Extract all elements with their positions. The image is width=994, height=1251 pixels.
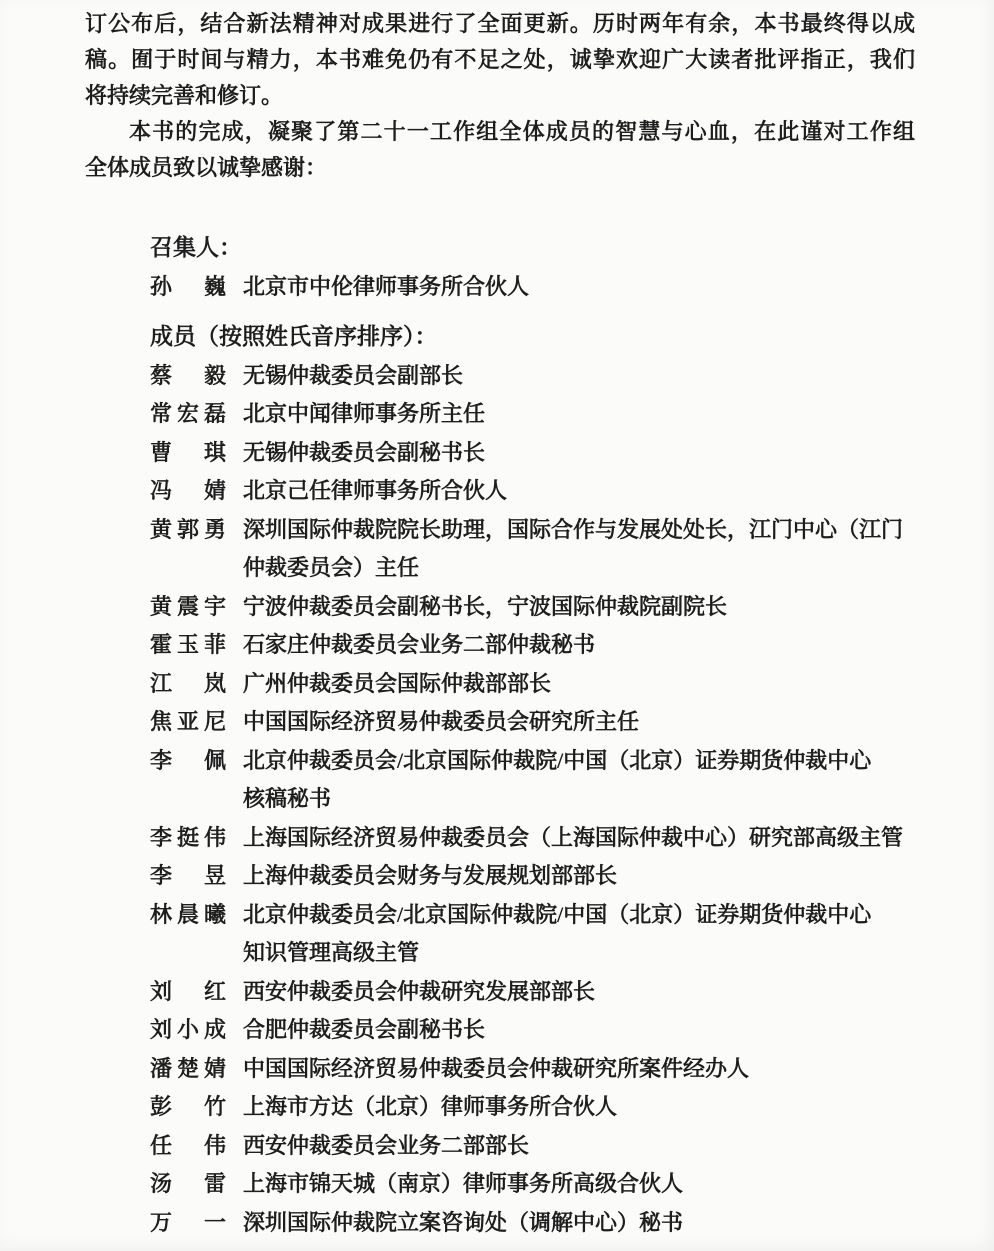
member-name: 李佩 [150, 742, 226, 781]
member-title: 上海市方达（北京）律师事务所合伙人 [243, 1088, 617, 1127]
member-name: 刘红 [150, 973, 226, 1012]
member-row: 潘楚婧中国国际经济贸易仲裁委员会仲裁研究所案件经办人 [150, 1050, 910, 1089]
member-row: 蔡毅无锡仲裁委员会副部长 [150, 357, 910, 396]
members-heading-note: （按照姓氏音序排序）： [196, 324, 438, 349]
convener-heading: 召集人： [150, 229, 910, 268]
member-title: 深圳国际仲裁院院长助理，国际合作与发展处处长，江门中心（江门 仲裁委员会）主任 [243, 511, 903, 588]
member-name: 林晨曦 [150, 896, 226, 935]
member-title: 宁波仲裁委员会副秘书长，宁波国际仲裁院副院长 [243, 588, 727, 627]
member-name: 汤雷 [150, 1165, 226, 1204]
book-page: 订公布后，结合新法精神对成果进行了全面更新。历时两年有余，本书最终得以成稿。囿于… [0, 0, 994, 1242]
member-title: 北京仲裁委员会/北京国际仲裁院/中国（北京）证券期货仲裁中心 知识管理高级主管 [243, 896, 871, 973]
member-row: 孙巍北京市中伦律师事务所合伙人 [150, 268, 910, 307]
member-name: 黄震宇 [150, 588, 226, 627]
member-row: 李昱上海仲裁委员会财务与发展规划部部长 [150, 857, 910, 896]
member-row: 刘小成合肥仲裁委员会副秘书长 [150, 1011, 910, 1050]
member-title: 上海仲裁委员会财务与发展规划部部长 [243, 857, 617, 896]
paragraph-line: 本书的完成，凝聚了第二十一工作组全体成员的智慧与心血，在此谨对工作组 [85, 114, 915, 150]
member-name: 焦亚尼 [150, 703, 226, 742]
member-title: 西安仲裁委员会仲裁研究发展部部长 [243, 973, 595, 1012]
member-row: 曹琪无锡仲裁委员会副秘书长 [150, 434, 910, 473]
member-row: 黄郭勇深圳国际仲裁院院长助理，国际合作与发展处处长，江门中心（江门 仲裁委员会）… [150, 511, 910, 588]
member-name: 刘小成 [150, 1011, 226, 1050]
member-title: 无锡仲裁委员会副秘书长 [243, 434, 485, 473]
member-row: 李挺伟上海国际经济贸易仲裁委员会（上海国际仲裁中心）研究部高级主管 [150, 819, 910, 858]
member-title: 北京己任律师事务所合伙人 [243, 472, 507, 511]
members-heading-label: 成员 [150, 324, 196, 349]
convener-list: 孙巍北京市中伦律师事务所合伙人 [150, 268, 910, 307]
paragraph-line: 全体成员致以诚挚感谢： [85, 150, 915, 186]
member-title: 北京中闻律师事务所主任 [243, 395, 485, 434]
paragraph-line: 将持续完善和修订。 [85, 78, 915, 114]
member-row: 冯婧北京己任律师事务所合伙人 [150, 472, 910, 511]
member-name: 万一 [150, 1204, 226, 1243]
member-row: 黄震宇宁波仲裁委员会副秘书长，宁波国际仲裁院副院长 [150, 588, 910, 627]
member-row: 李佩北京仲裁委员会/北京国际仲裁院/中国（北京）证券期货仲裁中心 核稿秘书 [150, 742, 910, 819]
member-name: 冯婧 [150, 472, 226, 511]
member-row: 霍玉菲石家庄仲裁委员会业务二部仲裁秘书 [150, 626, 910, 665]
member-name: 彭竹 [150, 1088, 226, 1127]
member-name: 江岚 [150, 665, 226, 704]
member-name: 李挺伟 [150, 819, 226, 858]
member-title: 北京仲裁委员会/北京国际仲裁院/中国（北京）证券期货仲裁中心 核稿秘书 [243, 742, 871, 819]
member-row: 万一深圳国际仲裁院立案咨询处（调解中心）秘书 [150, 1204, 910, 1243]
member-name: 李昱 [150, 857, 226, 896]
member-title: 北京市中伦律师事务所合伙人 [243, 268, 529, 307]
paragraph-line: 订公布后，结合新法精神对成果进行了全面更新。历时两年有余，本书最终得以成 [85, 6, 915, 42]
member-title: 广州仲裁委员会国际仲裁部部长 [243, 665, 551, 704]
member-name: 蔡毅 [150, 357, 226, 396]
member-name: 常宏磊 [150, 395, 226, 434]
member-title: 上海市锦天城（南京）律师事务所高级合伙人 [243, 1165, 683, 1204]
member-row: 林晨曦北京仲裁委员会/北京国际仲裁院/中国（北京）证券期货仲裁中心 知识管理高级… [150, 896, 910, 973]
member-name: 潘楚婧 [150, 1050, 226, 1089]
member-row: 江岚广州仲裁委员会国际仲裁部部长 [150, 665, 910, 704]
member-row: 汤雷上海市锦天城（南京）律师事务所高级合伙人 [150, 1165, 910, 1204]
member-title: 合肥仲裁委员会副秘书长 [243, 1011, 485, 1050]
member-row: 任伟西安仲裁委员会业务二部部长 [150, 1127, 910, 1166]
member-title: 无锡仲裁委员会副部长 [243, 357, 463, 396]
member-name: 任伟 [150, 1127, 226, 1166]
member-name: 孙巍 [150, 268, 226, 307]
members-heading: 成员（按照姓氏音序排序）： [150, 318, 910, 357]
working-group-roster: 召集人： 孙巍北京市中伦律师事务所合伙人 成员（按照姓氏音序排序）： 蔡毅无锡仲… [150, 229, 910, 1242]
member-name: 黄郭勇 [150, 511, 226, 550]
member-name: 霍玉菲 [150, 626, 226, 665]
member-title: 深圳国际仲裁院立案咨询处（调解中心）秘书 [243, 1204, 683, 1243]
member-row: 常宏磊北京中闻律师事务所主任 [150, 395, 910, 434]
member-title: 中国国际经济贸易仲裁委员会研究所主任 [243, 703, 639, 742]
member-title: 石家庄仲裁委员会业务二部仲裁秘书 [243, 626, 595, 665]
member-row: 刘红西安仲裁委员会仲裁研究发展部部长 [150, 973, 910, 1012]
convener-heading-label: 召集人： [150, 235, 242, 260]
member-name: 曹琪 [150, 434, 226, 473]
member-title: 上海国际经济贸易仲裁委员会（上海国际仲裁中心）研究部高级主管 [243, 819, 903, 858]
member-row: 彭竹上海市方达（北京）律师事务所合伙人 [150, 1088, 910, 1127]
member-list: 蔡毅无锡仲裁委员会副部长常宏磊北京中闻律师事务所主任曹琪无锡仲裁委员会副秘书长冯… [150, 357, 910, 1243]
member-title: 西安仲裁委员会业务二部部长 [243, 1127, 529, 1166]
paragraph-line: 稿。囿于时间与精力，本书难免仍有不足之处，诚挚欢迎广大读者批评指正，我们 [85, 42, 915, 78]
preface-paragraphs: 订公布后，结合新法精神对成果进行了全面更新。历时两年有余，本书最终得以成稿。囿于… [85, 6, 915, 186]
member-title: 中国国际经济贸易仲裁委员会仲裁研究所案件经办人 [243, 1050, 749, 1089]
member-row: 焦亚尼中国国际经济贸易仲裁委员会研究所主任 [150, 703, 910, 742]
